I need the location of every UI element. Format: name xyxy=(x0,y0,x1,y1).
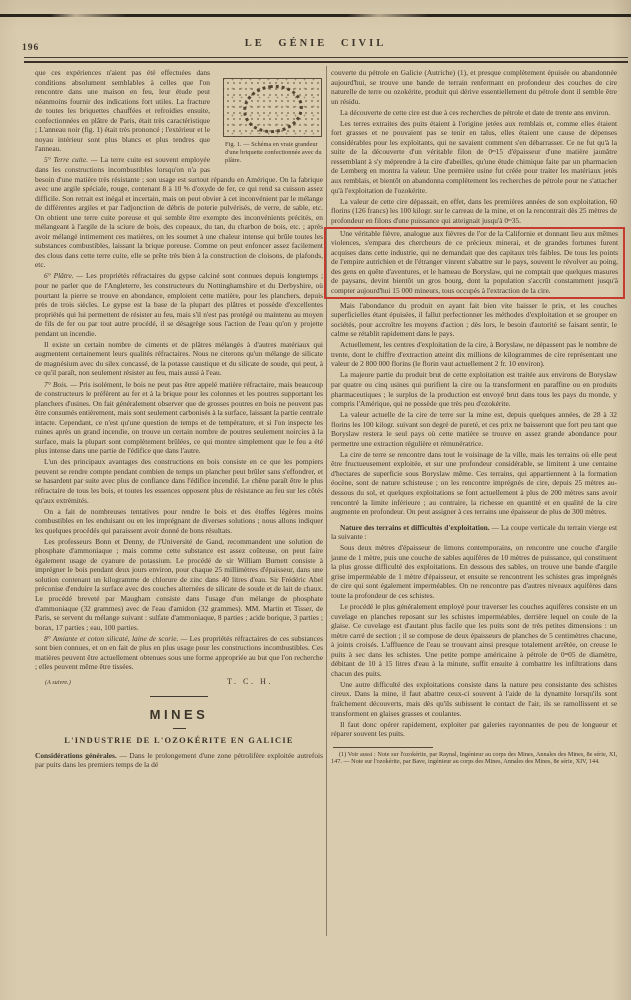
paragraph: La majeure partie du produit brut de cet… xyxy=(331,370,617,408)
paragraph-lead: 6° Plâtre. — xyxy=(44,271,86,280)
paragraph: Les terres extraites des puits étaient à… xyxy=(331,119,617,195)
paragraph-text: que ces expériences n'aient pas été effe… xyxy=(35,68,210,153)
paragraph: 6° Plâtre. — Les propriétés réfractaires… xyxy=(35,271,323,338)
paragraph: Fig. 1. — Schéma en vraie grandeur d'une… xyxy=(35,68,323,154)
paragraph: La valeur actuelle de la cire de terre s… xyxy=(331,410,617,448)
figure-briquette: Fig. 1. — Schéma en vraie grandeur d'une… xyxy=(217,78,323,165)
paragraph: 7° Bois. — Pris isolément, le bois ne pe… xyxy=(35,380,323,456)
paragraph: Le procédé le plus généralement employé … xyxy=(331,602,617,678)
article-heading: L'INDUSTRIE DE L'OZOKÉRITE EN GALICIE xyxy=(35,736,323,745)
column-separator xyxy=(326,66,327,936)
heading-dash xyxy=(173,728,186,729)
signature-row: (A suivre.) T. C. H. xyxy=(45,677,273,686)
paragraph: Les professeurs Bonn et Denny, de l'Univ… xyxy=(35,537,323,632)
journal-title: LE GÉNIE CIVIL xyxy=(0,38,631,49)
paragraph-text: Les propriétés réfractaires du gypse cal… xyxy=(35,271,323,337)
paragraph-lead: 5° Terre cuite. — xyxy=(44,155,100,164)
right-column: couverte du pétrole en Galicie (Autriche… xyxy=(331,68,617,766)
paragraph: La découverte de cette cire est due à ce… xyxy=(331,108,617,118)
author-initials: T. C. H. xyxy=(227,677,273,686)
paragraph: 5° Terre cuite. — La terre cuite est sou… xyxy=(35,155,323,270)
page-header: 196 LE GÉNIE CIVIL xyxy=(0,38,631,49)
paragraph: couverte du pétrole en Galicie (Autriche… xyxy=(331,68,617,106)
paragraph-lead: Nature des terrains et difficultés d'exp… xyxy=(340,523,492,532)
paragraph: Mais l'abondance du produit en ayant fai… xyxy=(331,301,617,339)
paragraph: Il existe un certain nombre de ciments e… xyxy=(35,340,323,378)
intro-paragraph: Considérations générales. — Dans le prol… xyxy=(35,751,323,770)
paragraph-lead: 7° Bois. — xyxy=(44,380,79,389)
paragraph: Il faut donc opérer rapidement, exploite… xyxy=(331,720,617,739)
paragraph: Actuellement, les centres d'exploitation… xyxy=(331,340,617,369)
paragraph: Sous deux mètres d'épaisseur de limons c… xyxy=(331,543,617,600)
highlight-box: Une véritable fièvre, analogue aux fièvr… xyxy=(324,227,625,299)
paragraph: On a fait de nombreuses tentatives pour … xyxy=(35,507,323,536)
paragraph: La valeur de cette cire dépassait, en ef… xyxy=(331,197,617,226)
section-divider xyxy=(150,696,208,697)
figure-caption: Fig. 1. — Schéma en vraie grandeur d'une… xyxy=(217,141,323,165)
paragraph-lead: 8° Amiante et coton silicaté, laine de s… xyxy=(44,634,190,643)
paragraph: Une autre difficulté des exploitations c… xyxy=(331,680,617,718)
paragraph-text: Pris isolément, le bois ne peut pas être… xyxy=(35,380,323,456)
footnote: (1) Voir aussi : Note sur l'ozokérite, p… xyxy=(331,751,617,766)
paragraph: Nature des terrains et difficultés d'exp… xyxy=(331,523,617,542)
scan-edge xyxy=(0,14,631,17)
header-rule xyxy=(24,57,628,63)
paragraph-lead: Considérations générales. xyxy=(35,751,119,760)
paragraph-text: La terre cuite est souvent employée dans… xyxy=(35,155,323,269)
paragraph: La cire de terre se rencontre dans tout … xyxy=(331,450,617,517)
left-column: Fig. 1. — Schéma en vraie grandeur d'une… xyxy=(35,68,323,772)
paragraph: L'un des principaux avantages des constr… xyxy=(35,457,323,505)
footnote-rule xyxy=(333,747,433,748)
continuation-marker: (A suivre.) xyxy=(45,679,71,686)
briquette-image xyxy=(223,78,322,137)
paragraph: 8° Amiante et coton silicaté, laine de s… xyxy=(35,634,323,672)
highlighted-paragraph: Une véritable fièvre, analogue aux fièvr… xyxy=(331,229,618,296)
journal-page: 196 LE GÉNIE CIVIL Fig. 1. — Schéma en v… xyxy=(0,0,631,1000)
briquette-ring-icon xyxy=(240,81,306,137)
mines-heading: MINES xyxy=(35,707,323,722)
page-number: 196 xyxy=(22,43,39,53)
